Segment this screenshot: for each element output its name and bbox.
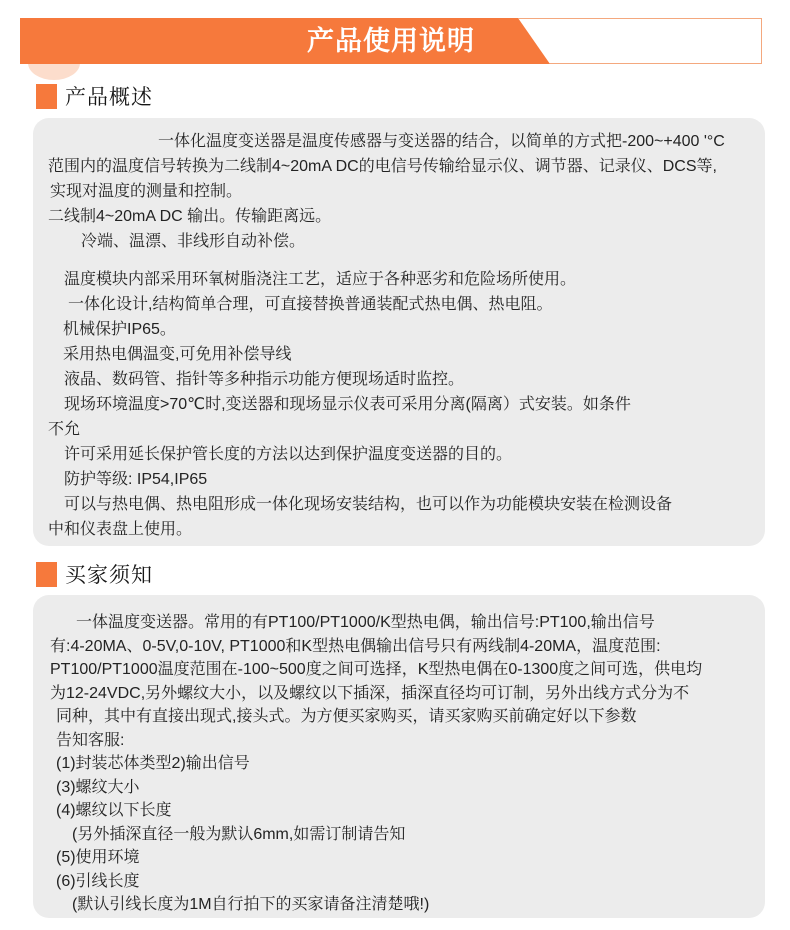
section-heading-buyer-notice: 买家须知 — [36, 560, 153, 588]
paragraph-line: 为12-24VDC,另外螺纹大小，以及螺纹以下插深，插深直径均可订制，另外出线方… — [48, 682, 753, 706]
section-heading-label: 买家须知 — [65, 559, 153, 589]
paragraph-line: 机械保护IP65。 — [48, 317, 753, 342]
paragraph-line: 有:4-20MA、0-5V,0-10V, PT1000和K型热电偶输出信号只有两… — [48, 635, 753, 659]
paragraph-line: (默认引线长度为1M自行拍下的买家请备注清楚哦!) — [48, 893, 753, 917]
paragraph-line: 同种，其中有直接出现式,接头式。为方便买家购买，请买家购买前确定好以下参数 — [48, 705, 753, 729]
paragraph-line: 告知客服: — [48, 729, 753, 753]
paragraph-line: 一体化设计,结构简单合理，可直接替换普通装配式热电偶、热电阻。 — [48, 292, 753, 317]
paragraph-line: 液晶、数码管、指针等多种指示功能方便现场适时监控。 — [48, 367, 753, 392]
paragraph-line: PT100/PT1000温度范围在-100~500度之间可选择，K型热电偶在0-… — [48, 658, 753, 682]
paragraph-line: 不允 — [48, 417, 753, 442]
page-banner: 产品使用说明 — [20, 18, 762, 64]
section-bullet-icon — [36, 84, 57, 109]
paragraph-line: (4)螺纹以下长度 — [48, 799, 753, 823]
paragraph-line: 防护等级: IP54,IP65 — [48, 467, 753, 492]
paragraph-line: 一体温度变送器。常用的有PT100/PT1000/K型热电偶，输出信号:PT10… — [48, 611, 753, 635]
section-bullet-icon — [36, 562, 57, 587]
paragraph-line: 范围内的温度信号转换为二线制4~20mA DC的电信号传输给显示仪、调节器、记录… — [48, 154, 753, 179]
overview-text-panel: 一体化温度变送器是温度传感器与变送器的结合，以简单的方式把-200~+400 '… — [33, 118, 765, 546]
section-heading-label: 产品概述 — [65, 81, 153, 111]
section-heading-overview: 产品概述 — [36, 82, 153, 110]
product-description-page: 产品使用说明 产品概述 一体化温度变送器是温度传感器与变送器的结合，以简单的方式… — [0, 0, 790, 930]
paragraph-line: (1)封装芯体类型2)输出信号 — [48, 752, 753, 776]
paragraph-line — [48, 254, 753, 267]
paragraph-line: 一体化温度变送器是温度传感器与变送器的结合，以简单的方式把-200~+400 '… — [48, 129, 753, 154]
paragraph-line: 许可采用延长保护管长度的方法以达到保护温度变送器的目的。 — [48, 442, 753, 467]
paragraph-line: 采用热电偶温变,可免用补偿导线 — [48, 342, 753, 367]
paragraph-line: 现场环境温度>70℃时,变送器和现场显示仪表可采用分离(隔离）式安装。如条件 — [48, 392, 753, 417]
paragraph-line: 实现对温度的测量和控制。 — [48, 179, 753, 204]
paragraph-line: (5)使用环境 — [48, 846, 753, 870]
buyer-notice-text-panel: 一体温度变送器。常用的有PT100/PT1000/K型热电偶，输出信号:PT10… — [33, 595, 765, 918]
paragraph-line: 温度模块内部采用环氧树脂浇注工艺，适应于各种恶劣和危险场所使用。 — [48, 267, 753, 292]
paragraph-line: 可以与热电偶、热电阻形成一体化现场安装结构，也可以作为功能模块安装在检测设备 — [48, 492, 753, 517]
paragraph-line: 中和仪表盘上使用。 — [48, 517, 753, 542]
paragraph-line: 二线制4~20mA DC 输出。传输距离远。 — [48, 204, 753, 229]
paragraph-line: (3)螺纹大小 — [48, 776, 753, 800]
page-title: 产品使用说明 — [20, 18, 762, 64]
paragraph-line: (另外插深直径一般为默认6mm,如需订制请告知 — [48, 823, 753, 847]
paragraph-line: 冷端、温漂、非线形自动补偿。 — [48, 229, 753, 254]
paragraph-line: (6)引线长度 — [48, 870, 753, 894]
